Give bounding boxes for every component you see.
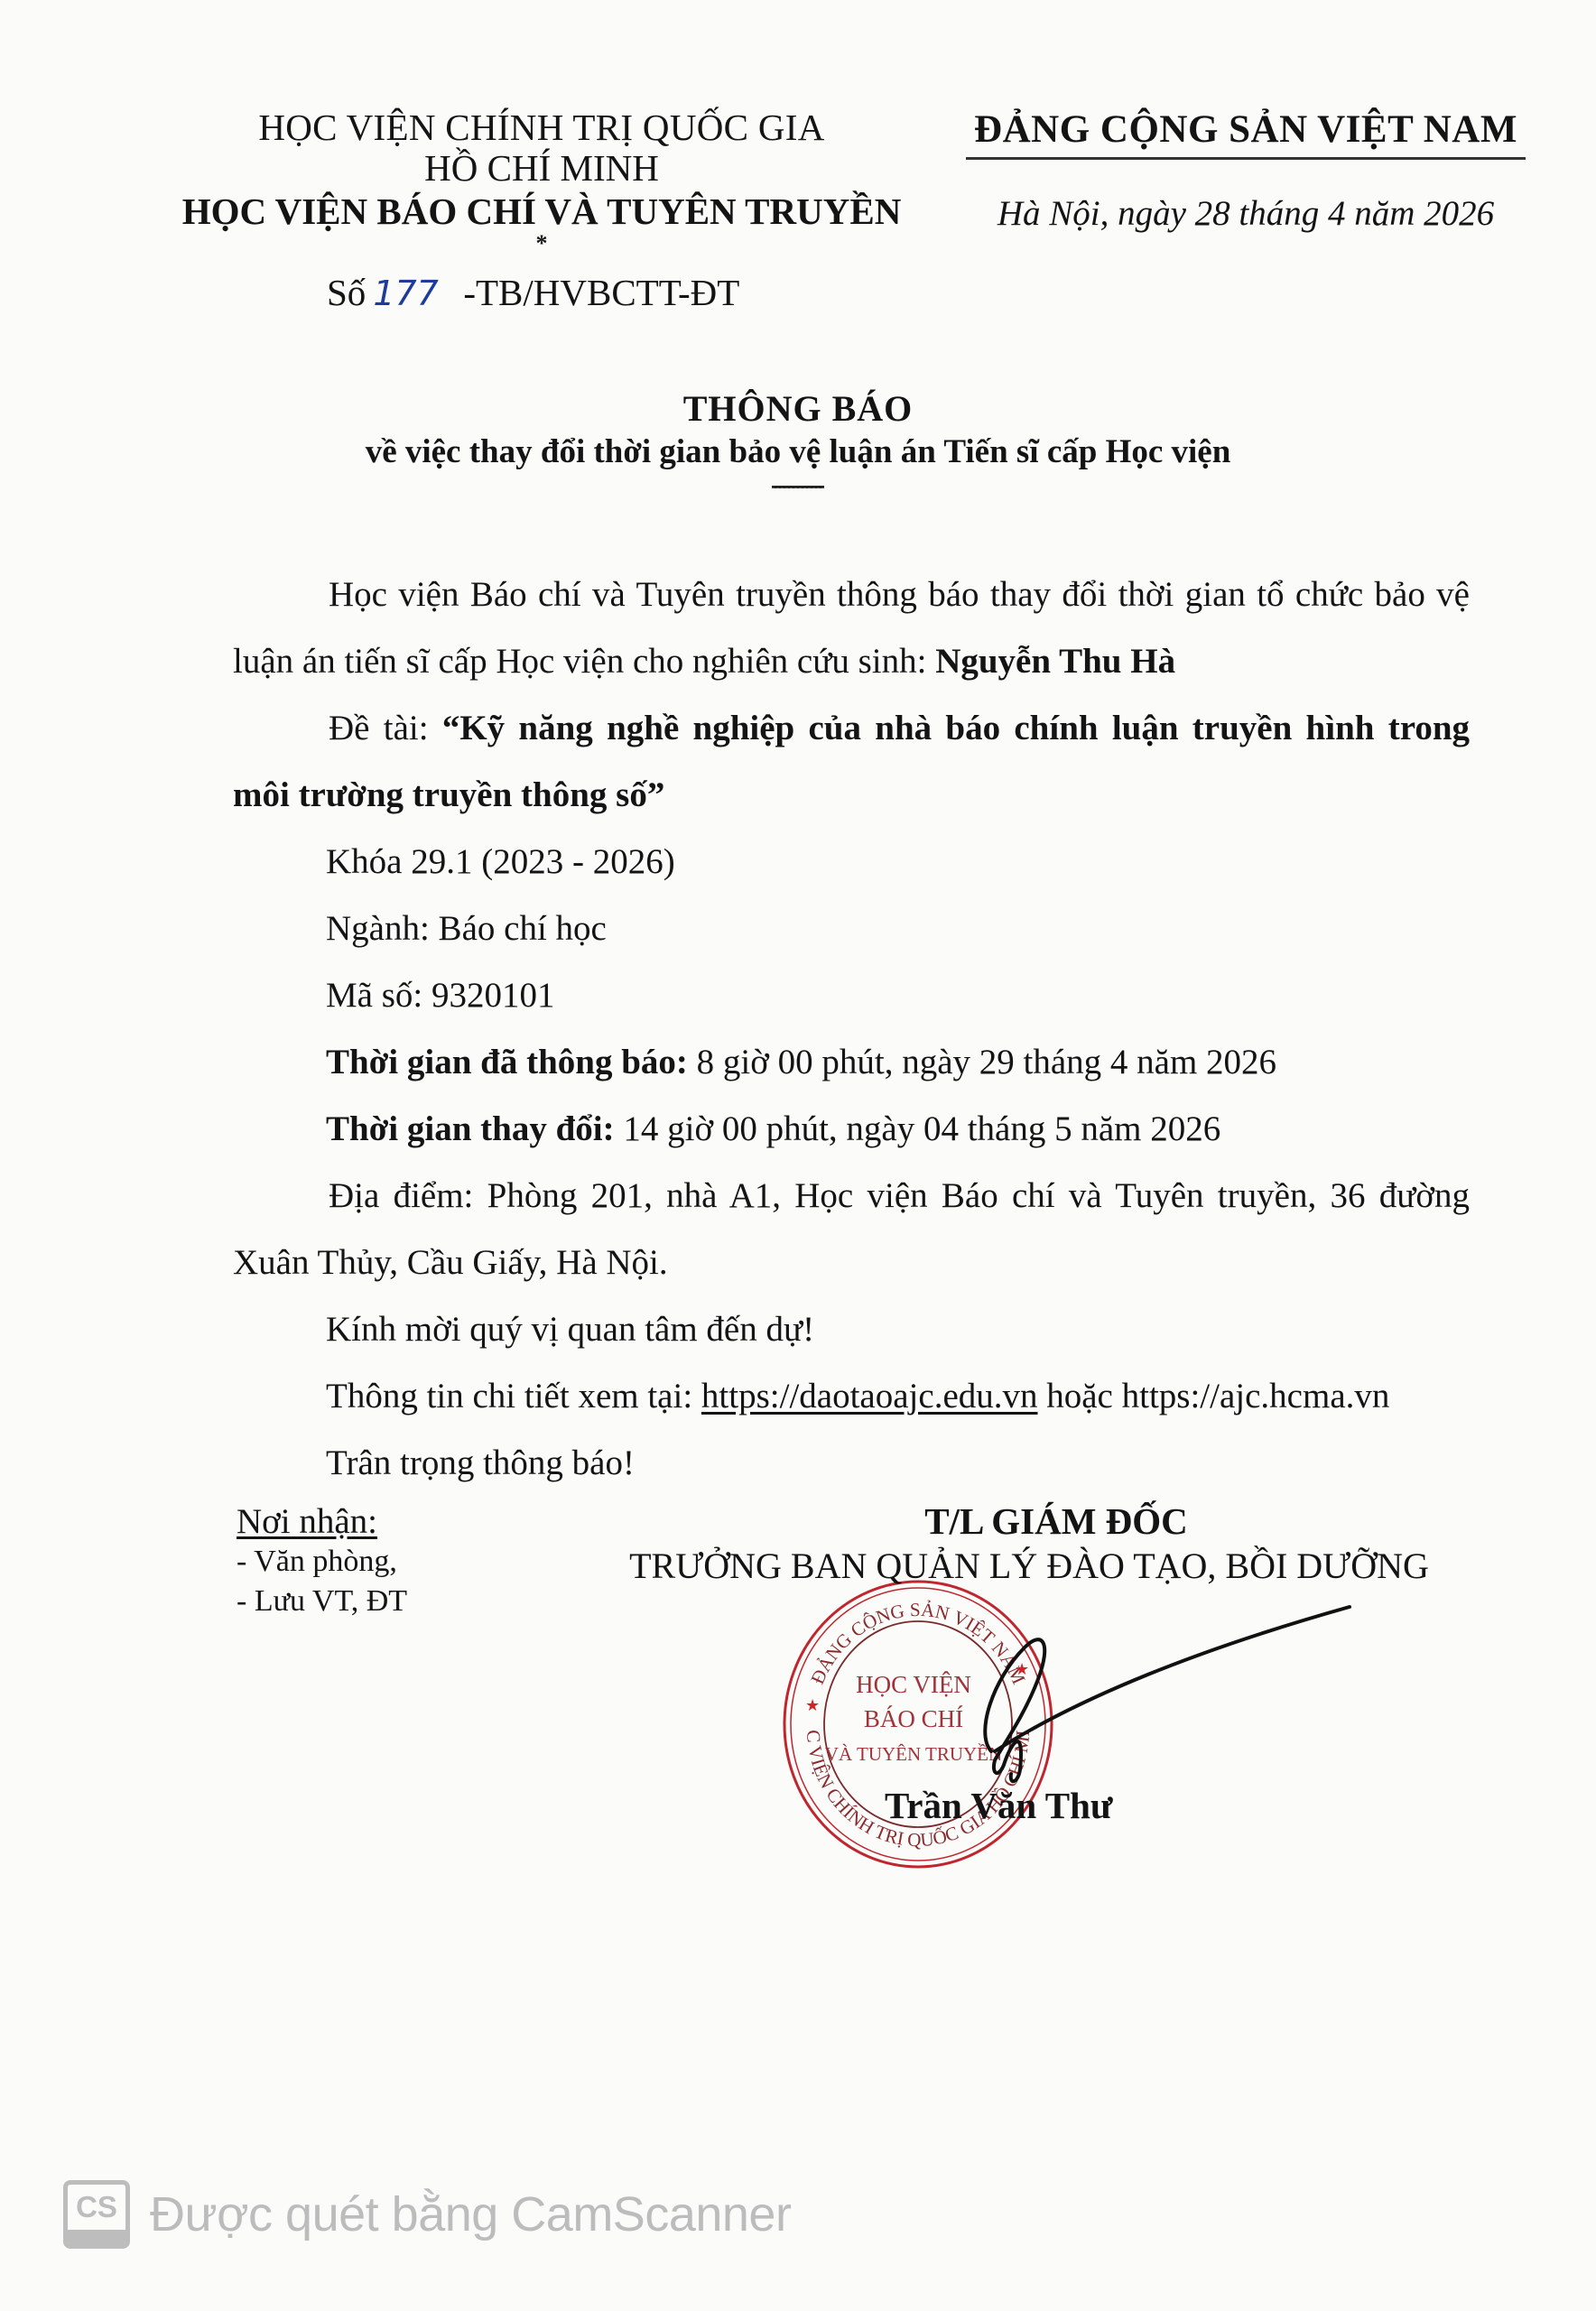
- candidate-name: Nguyễn Thu Hà: [935, 642, 1175, 681]
- location: Địa điểm: Phòng 201, nhà A1, Học viện Bá…: [233, 1163, 1470, 1296]
- changed-time: Thời gian thay đổi: 14 giờ 00 phút, ngày…: [233, 1096, 1470, 1163]
- party-underline: [966, 157, 1526, 160]
- closing: Trân trọng thông báo!: [233, 1430, 1470, 1497]
- link-ajc-hcma[interactable]: https://ajc.hcma.vn: [1122, 1377, 1390, 1415]
- document-title: THÔNG BÁO: [0, 386, 1596, 432]
- camscanner-text: Được quét bằng CamScanner: [150, 2186, 791, 2242]
- doc-number-prefix: Số: [327, 272, 366, 313]
- changed-time-label: Thời gian thay đổi:: [326, 1109, 615, 1148]
- place-date: Hà Nội, ngày 28 tháng 4 năm 2026: [957, 192, 1535, 236]
- topic-paragraph: Đề tài: “Kỹ năng nghề nghiệp của nhà báo…: [233, 695, 1470, 829]
- announced-time-value: 8 giờ 00 phút, ngày 29 tháng 4 năm 2026: [688, 1043, 1276, 1081]
- title-divider: [772, 486, 824, 488]
- document-title-block: THÔNG BÁO về việc thay đổi thời gian bảo…: [0, 386, 1596, 488]
- recipients: Nơi nhận: - Văn phòng, - Lưu VT, ĐT: [237, 1502, 407, 1621]
- announced-time: Thời gian đã thông báo: 8 giờ 00 phút, n…: [233, 1029, 1470, 1096]
- invitation: Kính mời quý vị quan tâm đến dự!: [233, 1296, 1470, 1363]
- star-icon: *: [153, 235, 930, 253]
- cohort: Khóa 29.1 (2023 - 2026): [233, 829, 1470, 896]
- handwritten-signature: [939, 1589, 1372, 1824]
- doc-number-handwritten: 177: [366, 274, 463, 313]
- recipient-item: - Văn phòng,: [237, 1542, 407, 1582]
- camscanner-logo-text: CS: [76, 2190, 117, 2224]
- recipients-heading: Nơi nhận:: [237, 1502, 407, 1542]
- signer-title: TRƯỞNG BAN QUẢN LÝ ĐÀO TẠO, BỒI DƯỠNG: [578, 1544, 1480, 1589]
- document-number: Số177-TB/HVBCTT-ĐT: [327, 271, 739, 314]
- topic-label: Đề tài:: [329, 709, 442, 747]
- body-content: Học viện Báo chí và Tuyên truyền thông b…: [233, 562, 1470, 1497]
- intro-text: Học viện Báo chí và Tuyên truyền thông b…: [233, 575, 1470, 681]
- info-prefix: Thông tin chi tiết xem tại:: [326, 1377, 701, 1415]
- party-name: ĐẢNG CỘNG SẢN VIỆT NAM: [957, 107, 1535, 153]
- issuer-parent-line2: HỒ CHÍ MINH: [153, 148, 930, 188]
- major-code: Mã số: 9320101: [233, 962, 1470, 1029]
- recipient-item: - Lưu VT, ĐT: [237, 1582, 407, 1621]
- document-subtitle: về việc thay đổi thời gian bảo vệ luận á…: [0, 432, 1596, 473]
- svg-text:★: ★: [805, 1696, 820, 1714]
- announced-time-label: Thời gian đã thông báo:: [326, 1043, 688, 1081]
- doc-number-suffix: -TB/HVBCTT-ĐT: [463, 272, 739, 313]
- party-header: ĐẢNG CỘNG SẢN VIỆT NAM Hà Nội, ngày 28 t…: [957, 107, 1535, 236]
- intro-paragraph: Học viện Báo chí và Tuyên truyền thông b…: [233, 562, 1470, 695]
- camscanner-logo-icon: CS: [63, 2180, 130, 2249]
- info-or: hoặc: [1038, 1377, 1122, 1415]
- issuer-header: HỌC VIỆN CHÍNH TRỊ QUỐC GIA HỒ CHÍ MINH …: [153, 107, 930, 253]
- link-daotaoajc[interactable]: https://daotaoajc.edu.vn: [701, 1377, 1038, 1415]
- changed-time-value: 14 giờ 00 phút, ngày 04 tháng 5 năm 2026: [615, 1109, 1221, 1148]
- issuer-name: HỌC VIỆN BÁO CHÍ VÀ TUYÊN TRUYỀN: [153, 188, 930, 235]
- major: Ngành: Báo chí học: [233, 896, 1470, 962]
- signer-role-delegation: T/L GIÁM ĐỐC: [632, 1499, 1480, 1544]
- issuer-parent-line1: HỌC VIỆN CHÍNH TRỊ QUỐC GIA: [153, 107, 930, 148]
- signature-block: T/L GIÁM ĐỐC TRƯỞNG BAN QUẢN LÝ ĐÀO TẠO,…: [578, 1499, 1480, 1589]
- info-line: Thông tin chi tiết xem tại: https://daot…: [233, 1363, 1470, 1430]
- camscanner-watermark: CS Được quét bằng CamScanner: [63, 2178, 791, 2251]
